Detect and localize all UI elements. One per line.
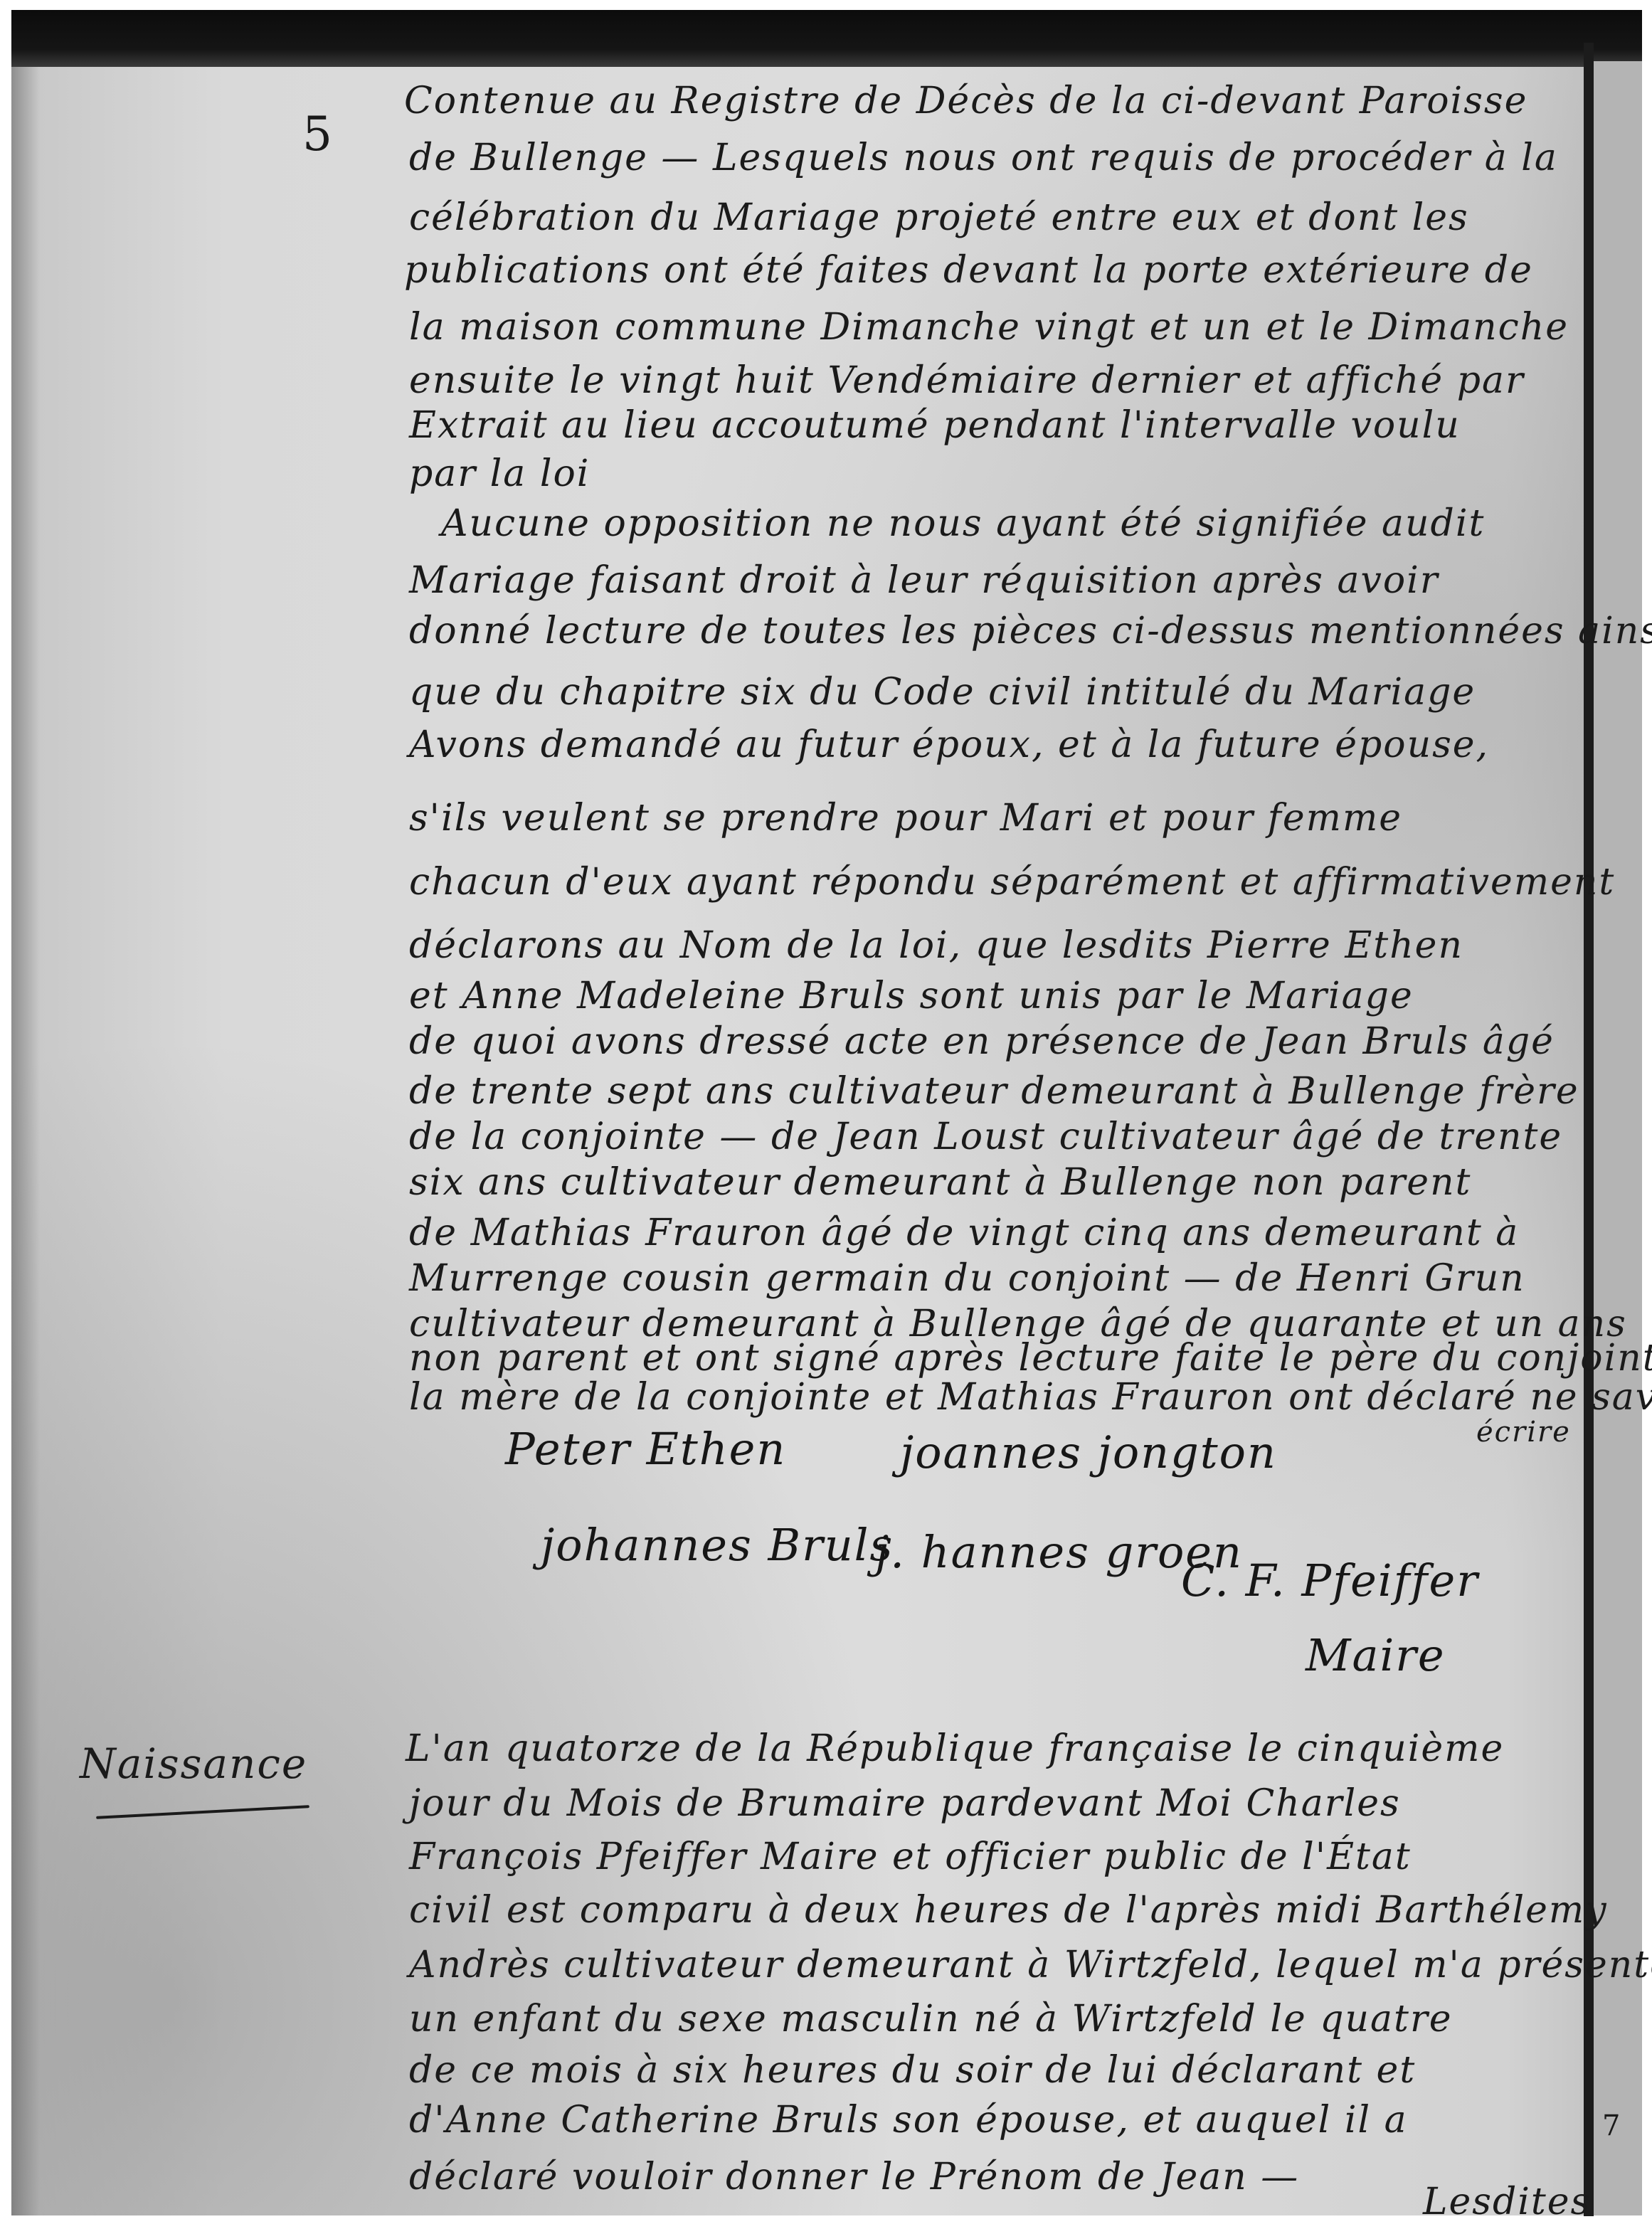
entry-line: et Anne Madeleine Bruls sont unis par le… [409, 975, 1414, 1017]
margin-label-naissance: Naissance [80, 1740, 307, 1788]
signature-peter-ethen: Peter Ethen [505, 1423, 786, 1475]
entry-line: Andrès cultivateur demeurant à Wirtzfeld… [409, 1944, 1652, 1986]
entry-line: de Mathias Frauron âgé de vingt cinq ans… [409, 1212, 1519, 1254]
signature-maire-pfeiffer: C. F. Pfeiffer [1181, 1555, 1479, 1606]
entry-line: Mariage faisant droit à leur réquisition… [409, 559, 1439, 602]
right-margin-mark: 7 [1602, 2109, 1620, 2142]
entry-line: ensuite le vingt huit Vendémiaire dernie… [409, 359, 1525, 402]
entry-line: de quoi avons dressé acte en présence de… [409, 1020, 1555, 1063]
entry-line: L'an quatorze de la République française… [406, 1727, 1504, 1770]
entry-line: Extrait au lieu accoutumé pendant l'inte… [409, 404, 1461, 447]
signature-title-maire: Maire [1306, 1629, 1446, 1681]
entry-line: chacun d'eux ayant répondu séparément et… [409, 861, 1615, 904]
entry-line: de trente sept ans cultivateur demeurant… [409, 1070, 1579, 1113]
entry-line: un enfant du sexe masculin né à Wirtzfel… [409, 1998, 1453, 2040]
entry-line: publications ont été faites devant la po… [404, 249, 1533, 292]
signature-joannes-jongton: joannes jongton [900, 1426, 1277, 1478]
scan-top-shadow [11, 10, 1642, 67]
page-number: 5 [302, 107, 332, 162]
line-note-ecrire: écrire [1476, 1416, 1571, 1449]
entry-line: par la loi [409, 452, 590, 495]
entry-line: s'ils veulent se prendre pour Mari et po… [409, 797, 1402, 840]
entry-line: Aucune opposition ne nous ayant été sign… [441, 502, 1485, 545]
entry-line: déclaré vouloir donner le Prénom de Jean… [409, 2156, 1299, 2198]
entry-line: célébration du Mariage projeté entre eux… [409, 196, 1469, 239]
entry-line: Avons demandé au futur époux, et à la fu… [409, 724, 1489, 766]
catchword: Lesdites [1423, 2181, 1591, 2223]
entry-line: de la conjointe — de Jean Loust cultivat… [409, 1116, 1562, 1158]
entry-line: six ans cultivateur demeurant à Bullenge… [409, 1161, 1471, 1204]
entry-line: la mère de la conjointe et Mathias Fraur… [409, 1376, 1652, 1419]
signature-johannes-bruls: johannes Bruls [541, 1519, 894, 1571]
entry-line: jour du Mois de Brumaire pardevant Moi C… [409, 1782, 1401, 1825]
entry-line: François Pfeiffer Maire et officier publ… [409, 1836, 1412, 1878]
entry-line: donné lecture de toutes les pièces ci-de… [409, 610, 1652, 652]
entry-line: Contenue au Registre de Décès de la ci-d… [404, 80, 1527, 122]
entry-line: civil est comparu à deux heures de l'apr… [409, 1889, 1608, 1932]
entry-line: Murrenge cousin germain du conjoint — de… [409, 1257, 1525, 1300]
entry-line: de Bullenge — Lesquels nous ont requis d… [409, 137, 1558, 179]
entry-line: que du chapitre six du Code civil intitu… [409, 671, 1476, 714]
entry-line: non parent et ont signé après lecture fa… [409, 1337, 1652, 1380]
entry-line: de ce mois à six heures du soir de lui d… [409, 2049, 1416, 2092]
entry-line: d'Anne Catherine Bruls son épouse, et au… [409, 2099, 1408, 2141]
entry-line: la maison commune Dimanche vingt et un e… [409, 306, 1569, 349]
entry-line: déclarons au Nom de la loi, que lesdits … [409, 924, 1463, 967]
